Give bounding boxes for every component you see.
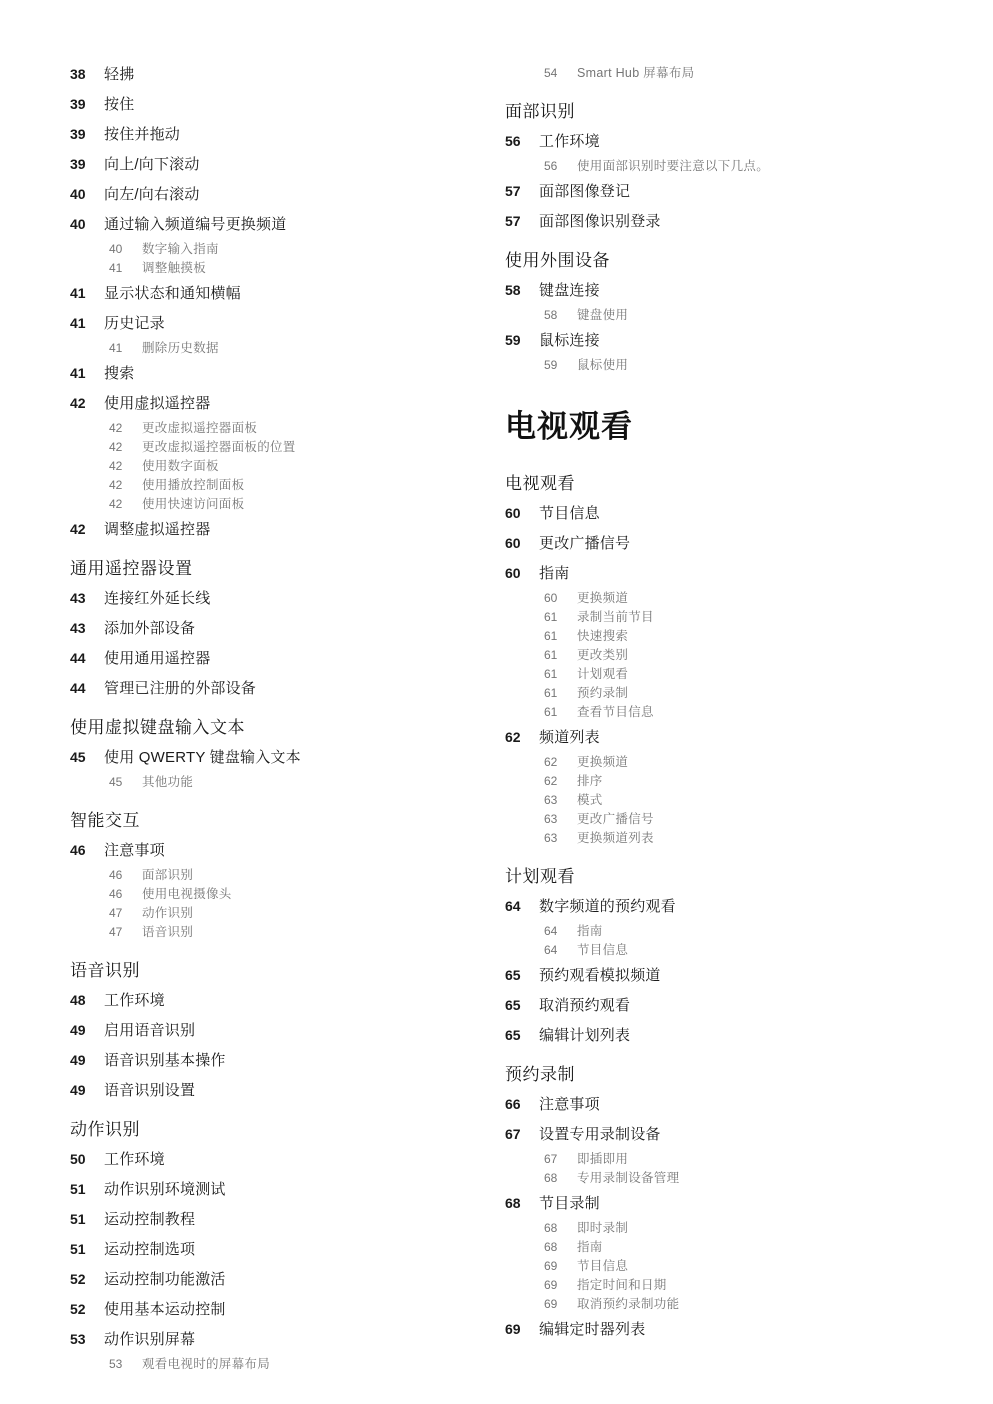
section-heading: 动作识别 xyxy=(70,1119,495,1141)
toc-entry-page: 59 xyxy=(544,356,577,375)
toc-entry-title: 显示状态和通知横幅 xyxy=(104,284,495,304)
toc-entry[interactable]: 61录制当前节目 xyxy=(505,608,930,627)
toc-entry-title: 注意事项 xyxy=(104,841,495,861)
toc-entry-title: 使用快速访问面板 xyxy=(142,495,495,514)
toc-entry-page: 42 xyxy=(109,457,142,476)
toc-entry-page: 53 xyxy=(70,1329,104,1349)
toc-entry-page: 61 xyxy=(544,646,577,665)
toc-entry[interactable]: 60节目信息 xyxy=(505,503,930,524)
toc-entry-page: 62 xyxy=(544,772,577,791)
toc-entry[interactable]: 61快速搜索 xyxy=(505,627,930,646)
toc-entry-page: 51 xyxy=(70,1209,104,1229)
toc-entry-page: 69 xyxy=(505,1319,539,1339)
toc-entry[interactable]: 64指南 xyxy=(505,922,930,941)
toc-entry-title: 注意事项 xyxy=(539,1095,930,1115)
toc-entry-page: 62 xyxy=(505,727,539,747)
toc-entry-page: 52 xyxy=(70,1299,104,1319)
toc-entry-title: 数字输入指南 xyxy=(142,240,495,259)
toc-entry-title: Smart Hub 屏幕布局 xyxy=(577,64,930,83)
toc-entry-title: 语音识别基本操作 xyxy=(104,1051,495,1071)
toc-entry[interactable]: 63更换频道列表 xyxy=(505,829,930,848)
toc-entry-title: 更换频道 xyxy=(577,589,930,608)
toc-entry-title: 按住并拖动 xyxy=(104,125,495,145)
toc-entry-page: 64 xyxy=(544,922,577,941)
chapter-title: 电视观看 xyxy=(505,407,930,447)
toc-entry-title: 使用播放控制面板 xyxy=(142,476,495,495)
toc-entry[interactable]: 46使用电视摄像头 xyxy=(70,885,495,904)
toc-entry-title: 使用基本运动控制 xyxy=(104,1300,495,1320)
toc-entry-page: 65 xyxy=(505,965,539,985)
toc-entry-page: 68 xyxy=(544,1238,577,1257)
toc-entry[interactable]: 61预约录制 xyxy=(505,684,930,703)
toc-entry[interactable]: 61查看节目信息 xyxy=(505,703,930,722)
toc-entry-title: 专用录制设备管理 xyxy=(577,1169,930,1188)
toc-entry[interactable]: 40数字输入指南 xyxy=(70,240,495,259)
toc-entry-title: 快速搜索 xyxy=(577,627,930,646)
toc-entry-page: 44 xyxy=(70,678,104,698)
toc-entry[interactable]: 47语音识别 xyxy=(70,923,495,942)
toc-entry-title: 指定时间和日期 xyxy=(577,1276,930,1295)
toc-entry-page: 59 xyxy=(505,330,539,350)
toc-entry[interactable]: 56工作环境 xyxy=(505,131,930,152)
toc-entry[interactable]: 64节目信息 xyxy=(505,941,930,960)
toc-entry[interactable]: 58键盘使用 xyxy=(505,306,930,325)
toc-entry-title: 向上/向下滚动 xyxy=(104,155,495,175)
toc-entry[interactable]: 49启用语音识别 xyxy=(70,1020,495,1041)
toc-entry[interactable]: 68即时录制 xyxy=(505,1219,930,1238)
toc-entry-page: 51 xyxy=(70,1179,104,1199)
toc-entry-page: 42 xyxy=(109,476,142,495)
toc-entry-page: 68 xyxy=(544,1219,577,1238)
toc-entry-page: 52 xyxy=(70,1269,104,1289)
toc-entry[interactable]: 48工作环境 xyxy=(70,990,495,1011)
toc-entry[interactable]: 42使用虚拟遥控器 xyxy=(70,393,495,414)
toc-entry-page: 61 xyxy=(544,608,577,627)
toc-entry[interactable]: 49语音识别基本操作 xyxy=(70,1050,495,1071)
toc-entry-title: 管理已注册的外部设备 xyxy=(104,679,495,699)
toc-entry[interactable]: 42调整虚拟遥控器 xyxy=(70,519,495,540)
toc-entry-title: 运动控制选项 xyxy=(104,1240,495,1260)
toc-entry-page: 51 xyxy=(70,1239,104,1259)
toc-entry-title: 历史记录 xyxy=(104,314,495,334)
toc-entry[interactable]: 42更改虚拟遥控器面板的位置 xyxy=(70,438,495,457)
toc-entry-page: 54 xyxy=(544,64,577,83)
toc-entry[interactable]: 53动作识别屏幕 xyxy=(70,1329,495,1350)
toc-entry-page: 38 xyxy=(70,64,104,84)
section-heading: 使用外围设备 xyxy=(505,250,930,272)
toc-entry-title: 设置专用录制设备 xyxy=(539,1125,930,1145)
toc-entry[interactable]: 65取消预约观看 xyxy=(505,995,930,1016)
toc-entry-page: 69 xyxy=(544,1257,577,1276)
toc-entry-page: 45 xyxy=(109,773,142,792)
toc-entry[interactable]: 39按住 xyxy=(70,94,495,115)
toc-entry-page: 63 xyxy=(544,791,577,810)
toc-entry-page: 39 xyxy=(70,154,104,174)
toc-entry[interactable]: 41删除历史数据 xyxy=(70,339,495,358)
toc-entry-title: 调整触摸板 xyxy=(142,259,495,278)
toc-entry[interactable]: 41显示状态和通知横幅 xyxy=(70,283,495,304)
toc-entry-title: 通过输入频道编号更换频道 xyxy=(104,215,495,235)
toc-entry-title: 观看电视时的屏幕布局 xyxy=(142,1355,495,1374)
toc-entry[interactable]: 52运动控制功能激活 xyxy=(70,1269,495,1290)
toc-entry-page: 40 xyxy=(70,214,104,234)
toc-entry-title: 运动控制教程 xyxy=(104,1210,495,1230)
toc-entry[interactable]: 38轻拂 xyxy=(70,64,495,85)
toc-entry-page: 41 xyxy=(109,259,142,278)
toc-entry-title: 频道列表 xyxy=(539,728,930,748)
toc-entry-page: 42 xyxy=(109,495,142,514)
toc-entry[interactable]: 65预约观看模拟频道 xyxy=(505,965,930,986)
toc-entry-title: 调整虚拟遥控器 xyxy=(104,520,495,540)
toc-entry-title: 语音识别设置 xyxy=(104,1081,495,1101)
toc-entry[interactable]: 69编辑定时器列表 xyxy=(505,1319,930,1340)
section-heading: 电视观看 xyxy=(505,473,930,495)
section-heading: 语音识别 xyxy=(70,960,495,982)
toc-entry[interactable]: 44使用通用遥控器 xyxy=(70,648,495,669)
toc-entry[interactable]: 52使用基本运动控制 xyxy=(70,1299,495,1320)
toc-entry[interactable]: 42更改虚拟遥控器面板 xyxy=(70,419,495,438)
toc-entry[interactable]: 65编辑计划列表 xyxy=(505,1025,930,1046)
toc-entry[interactable]: 60更换频道 xyxy=(505,589,930,608)
toc-entry-page: 56 xyxy=(505,131,539,151)
toc-entry[interactable]: 59鼠标连接 xyxy=(505,330,930,351)
toc-entry-page: 42 xyxy=(70,393,104,413)
toc-entry-page: 47 xyxy=(109,904,142,923)
toc-entry-page: 46 xyxy=(70,840,104,860)
toc-entry-page: 68 xyxy=(505,1193,539,1213)
toc-entry-title: 更改广播信号 xyxy=(577,810,930,829)
toc-entry-page: 43 xyxy=(70,618,104,638)
toc-entry-title: 轻拂 xyxy=(104,65,495,85)
toc-entry-page: 64 xyxy=(544,941,577,960)
toc-entry-title: 即插即用 xyxy=(577,1150,930,1169)
toc-entry[interactable]: 45其他功能 xyxy=(70,773,495,792)
toc-entry-title: 更换频道 xyxy=(577,753,930,772)
toc-entry-title: 即时录制 xyxy=(577,1219,930,1238)
toc-entry-page: 56 xyxy=(544,157,577,176)
toc-entry-title: 运动控制功能激活 xyxy=(104,1270,495,1290)
toc-entry-title: 节目信息 xyxy=(577,1257,930,1276)
toc-entry-page: 41 xyxy=(70,283,104,303)
toc-entry[interactable]: 46面部识别 xyxy=(70,866,495,885)
toc-entry-page: 61 xyxy=(544,627,577,646)
toc-entry[interactable]: 41搜索 xyxy=(70,363,495,384)
toc-entry-page: 60 xyxy=(544,589,577,608)
toc-entry-title: 鼠标使用 xyxy=(577,356,930,375)
toc-entry[interactable]: 41调整触摸板 xyxy=(70,259,495,278)
toc-entry-page: 49 xyxy=(70,1020,104,1040)
toc-entry[interactable]: 57面部图像识别登录 xyxy=(505,211,930,232)
toc-entry-page: 67 xyxy=(544,1150,577,1169)
toc-entry-page: 50 xyxy=(70,1149,104,1169)
toc-entry-title: 连接红外延长线 xyxy=(104,589,495,609)
toc-entry-page: 63 xyxy=(544,810,577,829)
toc-entry-page: 57 xyxy=(505,181,539,201)
toc-entry[interactable]: 68指南 xyxy=(505,1238,930,1257)
toc-entry-page: 40 xyxy=(70,184,104,204)
toc-entry[interactable]: 39向上/向下滚动 xyxy=(70,154,495,175)
section-heading: 预约录制 xyxy=(505,1064,930,1086)
toc-entry[interactable]: 43连接红外延长线 xyxy=(70,588,495,609)
toc-entry-title: 工作环境 xyxy=(539,132,930,152)
section-heading: 使用虚拟键盘输入文本 xyxy=(70,717,495,739)
toc-entry-page: 67 xyxy=(505,1124,539,1144)
toc-entry[interactable]: 69指定时间和日期 xyxy=(505,1276,930,1295)
toc-entry-page: 60 xyxy=(505,563,539,583)
toc-entry-title: 指南 xyxy=(577,922,930,941)
toc-entry-page: 42 xyxy=(109,438,142,457)
toc-entry-page: 65 xyxy=(505,995,539,1015)
toc-entry-title: 使用数字面板 xyxy=(142,457,495,476)
toc-entry-page: 58 xyxy=(505,280,539,300)
toc-entry[interactable]: 41历史记录 xyxy=(70,313,495,334)
toc-entry[interactable]: 62排序 xyxy=(505,772,930,791)
toc-entry-page: 53 xyxy=(109,1355,142,1374)
toc-entry-page: 49 xyxy=(70,1080,104,1100)
toc-entry-title: 模式 xyxy=(577,791,930,810)
toc-entry-page: 48 xyxy=(70,990,104,1010)
toc-entry-page: 58 xyxy=(544,306,577,325)
toc-entry-title: 节目录制 xyxy=(539,1194,930,1214)
toc-entry-title: 按住 xyxy=(104,95,495,115)
toc-entry-page: 45 xyxy=(70,747,104,767)
toc-entry-title: 动作识别屏幕 xyxy=(104,1330,495,1350)
toc-entry-title: 计划观看 xyxy=(577,665,930,684)
toc-entry[interactable]: 68节目录制 xyxy=(505,1193,930,1214)
toc-entry[interactable]: 50工作环境 xyxy=(70,1149,495,1170)
toc-entry[interactable]: 60更改广播信号 xyxy=(505,533,930,554)
toc-entry-page: 65 xyxy=(505,1025,539,1045)
section-heading: 面部识别 xyxy=(505,101,930,123)
toc-entry[interactable]: 45使用 QWERTY 键盘输入文本 xyxy=(70,747,495,768)
toc-entry-page: 49 xyxy=(70,1050,104,1070)
section-heading: 智能交互 xyxy=(70,810,495,832)
toc-entry-page: 60 xyxy=(505,533,539,553)
toc-entry[interactable]: 39按住并拖动 xyxy=(70,124,495,145)
toc-entry-title: 查看节目信息 xyxy=(577,703,930,722)
toc-entry-title: 鼠标连接 xyxy=(539,331,930,351)
toc-entry[interactable]: 49语音识别设置 xyxy=(70,1080,495,1101)
toc-entry-page: 62 xyxy=(544,753,577,772)
toc-entry-page: 43 xyxy=(70,588,104,608)
toc-entry[interactable]: 63更改广播信号 xyxy=(505,810,930,829)
toc-entry[interactable]: 40通过输入频道编号更换频道 xyxy=(70,214,495,235)
toc-entry-title: 面部识别 xyxy=(142,866,495,885)
toc-entry-title: 更改虚拟遥控器面板 xyxy=(142,419,495,438)
toc-entry-title: 指南 xyxy=(539,564,930,584)
toc-entry-page: 68 xyxy=(544,1169,577,1188)
toc-entry-title: 使用虚拟遥控器 xyxy=(104,394,495,414)
toc-entry[interactable]: 51运动控制选项 xyxy=(70,1239,495,1260)
toc-entry-page: 61 xyxy=(544,684,577,703)
toc-entry[interactable]: 66注意事项 xyxy=(505,1094,930,1115)
toc-entry-title: 启用语音识别 xyxy=(104,1021,495,1041)
toc-entry-title: 更换频道列表 xyxy=(577,829,930,848)
toc-entry[interactable]: 54Smart Hub 屏幕布局 xyxy=(505,64,930,83)
toc-entry-title: 节目信息 xyxy=(539,504,930,524)
toc-entry-title: 使用通用遥控器 xyxy=(104,649,495,669)
toc-entry-title: 语音识别 xyxy=(142,923,495,942)
toc-entry-title: 使用 QWERTY 键盘输入文本 xyxy=(104,748,495,768)
toc-entry-page: 61 xyxy=(544,665,577,684)
toc-entry[interactable]: 43添加外部设备 xyxy=(70,618,495,639)
toc-entry-title: 键盘连接 xyxy=(539,281,930,301)
toc-entry[interactable]: 61计划观看 xyxy=(505,665,930,684)
toc-entry-page: 69 xyxy=(544,1295,577,1314)
toc-entry[interactable]: 46注意事项 xyxy=(70,840,495,861)
toc-entry-title: 预约观看模拟频道 xyxy=(539,966,930,986)
toc-entry-title: 向左/向右滚动 xyxy=(104,185,495,205)
toc-entry-page: 47 xyxy=(109,923,142,942)
toc-entry-title: 指南 xyxy=(577,1238,930,1257)
toc-entry-title: 面部图像识别登录 xyxy=(539,212,930,232)
toc-entry-page: 41 xyxy=(70,363,104,383)
toc-entry-page: 66 xyxy=(505,1094,539,1114)
toc-entry[interactable]: 67设置专用录制设备 xyxy=(505,1124,930,1145)
toc-entry-title: 工作环境 xyxy=(104,1150,495,1170)
toc-entry[interactable]: 42使用播放控制面板 xyxy=(70,476,495,495)
toc-entry-page: 42 xyxy=(70,519,104,539)
toc-entry[interactable]: 44管理已注册的外部设备 xyxy=(70,678,495,699)
toc-entry-title: 编辑计划列表 xyxy=(539,1026,930,1046)
toc-entry-title: 节目信息 xyxy=(577,941,930,960)
toc-entry[interactable]: 67即插即用 xyxy=(505,1150,930,1169)
toc-entry-page: 41 xyxy=(109,339,142,358)
toc-entry-title: 动作识别环境测试 xyxy=(104,1180,495,1200)
toc-entry[interactable]: 62更换频道 xyxy=(505,753,930,772)
toc-entry[interactable]: 42使用数字面板 xyxy=(70,457,495,476)
toc-entry[interactable]: 47动作识别 xyxy=(70,904,495,923)
toc-entry-title: 预约录制 xyxy=(577,684,930,703)
toc-entry-title: 动作识别 xyxy=(142,904,495,923)
toc-entry-title: 使用电视摄像头 xyxy=(142,885,495,904)
toc-entry-title: 取消预约录制功能 xyxy=(577,1295,930,1314)
toc-entry-page: 44 xyxy=(70,648,104,668)
toc-entry[interactable]: 56使用面部识别时要注意以下几点。 xyxy=(505,157,930,176)
toc-entry-page: 57 xyxy=(505,211,539,231)
toc-entry-page: 40 xyxy=(109,240,142,259)
toc-entry[interactable]: 57面部图像登记 xyxy=(505,181,930,202)
toc-entry-title: 其他功能 xyxy=(142,773,495,792)
toc-entry[interactable]: 68专用录制设备管理 xyxy=(505,1169,930,1188)
toc-entry[interactable]: 53观看电视时的屏幕布局 xyxy=(70,1355,495,1374)
toc-entry[interactable]: 42使用快速访问面板 xyxy=(70,495,495,514)
toc-entry-title: 面部图像登记 xyxy=(539,182,930,202)
toc-entry[interactable]: 62频道列表 xyxy=(505,727,930,748)
toc-column-right: 54Smart Hub 屏幕布局面部识别56工作环境56使用面部识别时要注意以下… xyxy=(505,64,930,1340)
toc-entry-page: 42 xyxy=(109,419,142,438)
toc-entry-page: 63 xyxy=(544,829,577,848)
toc-entry[interactable]: 69节目信息 xyxy=(505,1257,930,1276)
toc-entry-page: 61 xyxy=(544,703,577,722)
toc-entry-title: 添加外部设备 xyxy=(104,619,495,639)
toc-entry[interactable]: 58键盘连接 xyxy=(505,280,930,301)
toc-entry[interactable]: 61更改类别 xyxy=(505,646,930,665)
toc-entry-title: 取消预约观看 xyxy=(539,996,930,1016)
toc-entry-page: 41 xyxy=(70,313,104,333)
toc-entry-title: 录制当前节目 xyxy=(577,608,930,627)
toc-entry-title: 更改类别 xyxy=(577,646,930,665)
toc-entry[interactable]: 60指南 xyxy=(505,563,930,584)
toc-entry-page: 64 xyxy=(505,896,539,916)
manual-toc-page: 38轻拂39按住39按住并拖动39向上/向下滚动40向左/向右滚动40通过输入频… xyxy=(0,0,993,1404)
toc-entry-title: 使用面部识别时要注意以下几点。 xyxy=(577,157,930,176)
toc-entry-title: 编辑定时器列表 xyxy=(539,1320,930,1340)
toc-entry-title: 删除历史数据 xyxy=(142,339,495,358)
toc-entry[interactable]: 69取消预约录制功能 xyxy=(505,1295,930,1314)
toc-entry-page: 69 xyxy=(544,1276,577,1295)
toc-entry[interactable]: 51动作识别环境测试 xyxy=(70,1179,495,1200)
toc-entry[interactable]: 40向左/向右滚动 xyxy=(70,184,495,205)
toc-entry-title: 更改虚拟遥控器面板的位置 xyxy=(142,438,495,457)
toc-entry-title: 搜索 xyxy=(104,364,495,384)
toc-entry-page: 39 xyxy=(70,94,104,114)
toc-entry[interactable]: 51运动控制教程 xyxy=(70,1209,495,1230)
toc-entry[interactable]: 63模式 xyxy=(505,791,930,810)
toc-entry-page: 46 xyxy=(109,885,142,904)
toc-entry-page: 60 xyxy=(505,503,539,523)
toc-entry-title: 更改广播信号 xyxy=(539,534,930,554)
toc-entry[interactable]: 59鼠标使用 xyxy=(505,356,930,375)
toc-entry-page: 46 xyxy=(109,866,142,885)
section-heading: 通用遥控器设置 xyxy=(70,558,495,580)
toc-entry-title: 键盘使用 xyxy=(577,306,930,325)
section-heading: 计划观看 xyxy=(505,866,930,888)
toc-column-left: 38轻拂39按住39按住并拖动39向上/向下滚动40向左/向右滚动40通过输入频… xyxy=(70,64,495,1374)
toc-entry-title: 排序 xyxy=(577,772,930,791)
toc-entry[interactable]: 64数字频道的预约观看 xyxy=(505,896,930,917)
toc-entry-title: 数字频道的预约观看 xyxy=(539,897,930,917)
toc-entry-page: 39 xyxy=(70,124,104,144)
toc-entry-title: 工作环境 xyxy=(104,991,495,1011)
